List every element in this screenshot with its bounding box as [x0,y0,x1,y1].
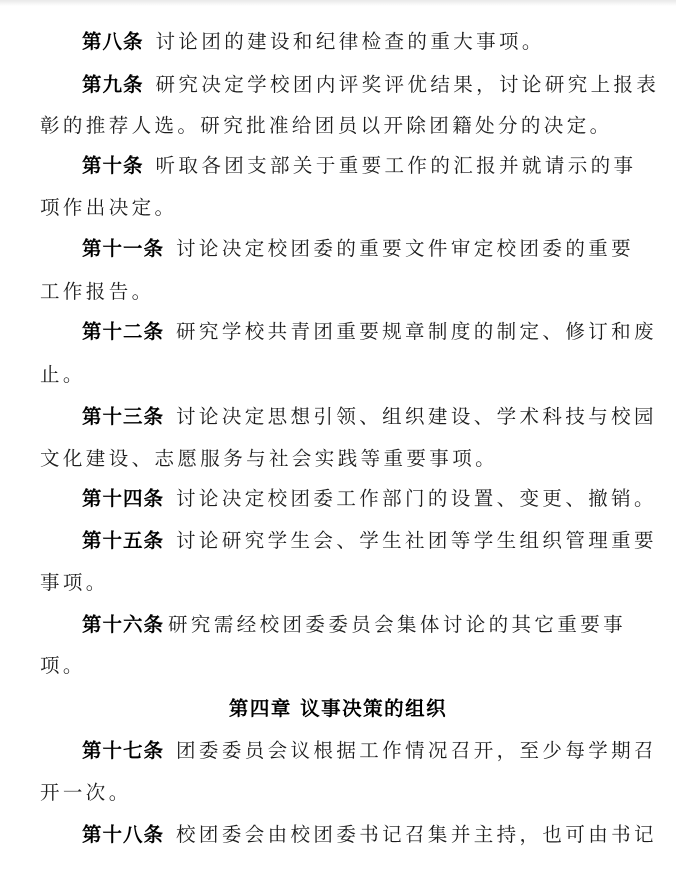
article-9-continuation: 彰的推荐人选。研究批准给团员以开除团籍处分的决定。 [40,111,613,141]
article-label: 第十八条 [82,823,164,846]
article-label: 第十六条 [82,613,164,636]
article-13: 第十三条讨论决定思想引领、组织建设、学术科技与校园 [82,402,657,432]
article-text: 开一次。 [40,781,132,804]
article-14: 第十四条讨论决定校团委工作部门的设置、变更、撤销。 [82,484,657,514]
article-text: 彰的推荐人选。研究批准给团员以开除团籍处分的决定。 [40,114,613,137]
article-17-continuation: 开一次。 [40,778,132,808]
article-10-continuation: 项作出决定。 [40,193,177,223]
article-15: 第十五条讨论研究学生会、学生社团等学生组织管理重要 [82,526,657,556]
article-text: 文化建设、志愿服务与社会实践等重要事项。 [40,447,498,470]
article-15-continuation: 事项。 [40,568,109,598]
article-label: 第十二条 [82,320,164,343]
article-12: 第十二条研究学校共青团重要规章制度的制定、修订和废 [82,317,657,347]
article-13-continuation: 文化建设、志愿服务与社会实践等重要事项。 [40,444,498,474]
article-label: 第十三条 [82,405,164,428]
article-8: 第八条讨论团的建设和纪律检查的重大事项。 [82,27,545,57]
article-16-continuation: 项。 [40,651,86,681]
article-text: 讨论团的建设和纪律检查的重大事项。 [156,30,545,53]
chapter-heading: 第四章 议事决策的组织 [0,694,676,724]
article-9: 第九条研究决定学校团内评奖评优结果，讨论研究上报表 [82,70,659,100]
article-label: 第十七条 [82,739,164,762]
article-text: 听取各团支部关于重要工作的汇报并就请示的事 [156,154,637,177]
article-text: 讨论决定校团委工作部门的设置、变更、撤销。 [176,487,657,510]
article-text: 止。 [40,363,86,386]
article-text: 讨论决定校团委的重要文件审定校团委的重要 [176,237,634,260]
article-10: 第十条听取各团支部关于重要工作的汇报并就请示的事 [82,151,636,181]
article-text: 事项。 [40,571,109,594]
article-label: 第九条 [82,73,144,96]
article-18: 第十八条校团委会由校团委书记召集并主持，也可由书记 [82,820,657,850]
article-17: 第十七条团委委员会议根据工作情况召开，至少每学期召 [82,736,657,766]
article-text: 项。 [40,654,86,677]
top-edge-shadow [0,0,676,6]
article-label: 第十五条 [82,529,164,552]
article-label: 第十条 [82,154,144,177]
article-text: 研究需经校团委委员会集体讨论的其它重要事 [168,613,626,636]
article-text: 团委委员会议根据工作情况召开，至少每学期召 [176,739,657,762]
article-16: 第十六条研究需经校团委委员会集体讨论的其它重要事 [82,610,626,640]
article-11-continuation: 工作报告。 [40,277,155,307]
article-label: 第十四条 [82,487,164,510]
article-text: 研究决定学校团内评奖评优结果，讨论研究上报表 [156,73,660,96]
article-text: 讨论研究学生会、学生社团等学生组织管理重要 [176,529,657,552]
article-text: 讨论决定思想引领、组织建设、学术科技与校园 [176,405,657,428]
article-text: 校团委会由校团委书记召集并主持，也可由书记 [176,823,657,846]
article-text: 研究学校共青团重要规章制度的制定、修订和废 [176,320,657,343]
article-12-continuation: 止。 [40,360,86,390]
article-label: 第十一条 [82,237,164,260]
article-11: 第十一条讨论决定校团委的重要文件审定校团委的重要 [82,234,634,264]
article-text: 工作报告。 [40,280,155,303]
article-text: 项作出决定。 [40,196,177,219]
article-label: 第八条 [82,30,144,53]
